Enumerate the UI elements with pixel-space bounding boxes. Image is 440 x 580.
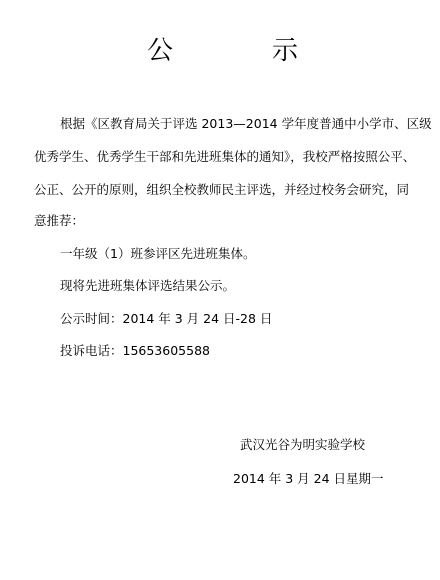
paragraph-line-2: 优秀学生、优秀学生干部和先进班集体的通知》，我校严格按照公平、	[34, 149, 415, 165]
paragraph-line-3: 公正、公开的原则，组织全校教师民主评选，并经过校务会研究，同	[34, 182, 409, 198]
publicity-period: 公示时间：2014 年 3 月 24 日-28 日	[60, 311, 272, 327]
paragraph-line-4: 意推荐：	[34, 213, 84, 229]
title-char-gong: 公	[147, 34, 173, 68]
complaint-phone: 投诉电话：15653605588	[60, 343, 210, 359]
paragraph-line-1: 根据《区教育局关于评选 2013—2014 学年度普通中小学市、区级	[60, 116, 432, 132]
announcement-line: 现将先进班集体评选结果公示。	[60, 278, 235, 294]
title-char-shi: 示	[272, 34, 298, 68]
signature-date: 2014 年 3 月 24 日星期一	[233, 471, 384, 487]
nominee-line: 一年级（1）班参评区先进班集体。	[60, 246, 255, 262]
document-title: 公 示	[0, 34, 440, 74]
school-name: 武汉光谷为明实验学校	[240, 437, 365, 453]
